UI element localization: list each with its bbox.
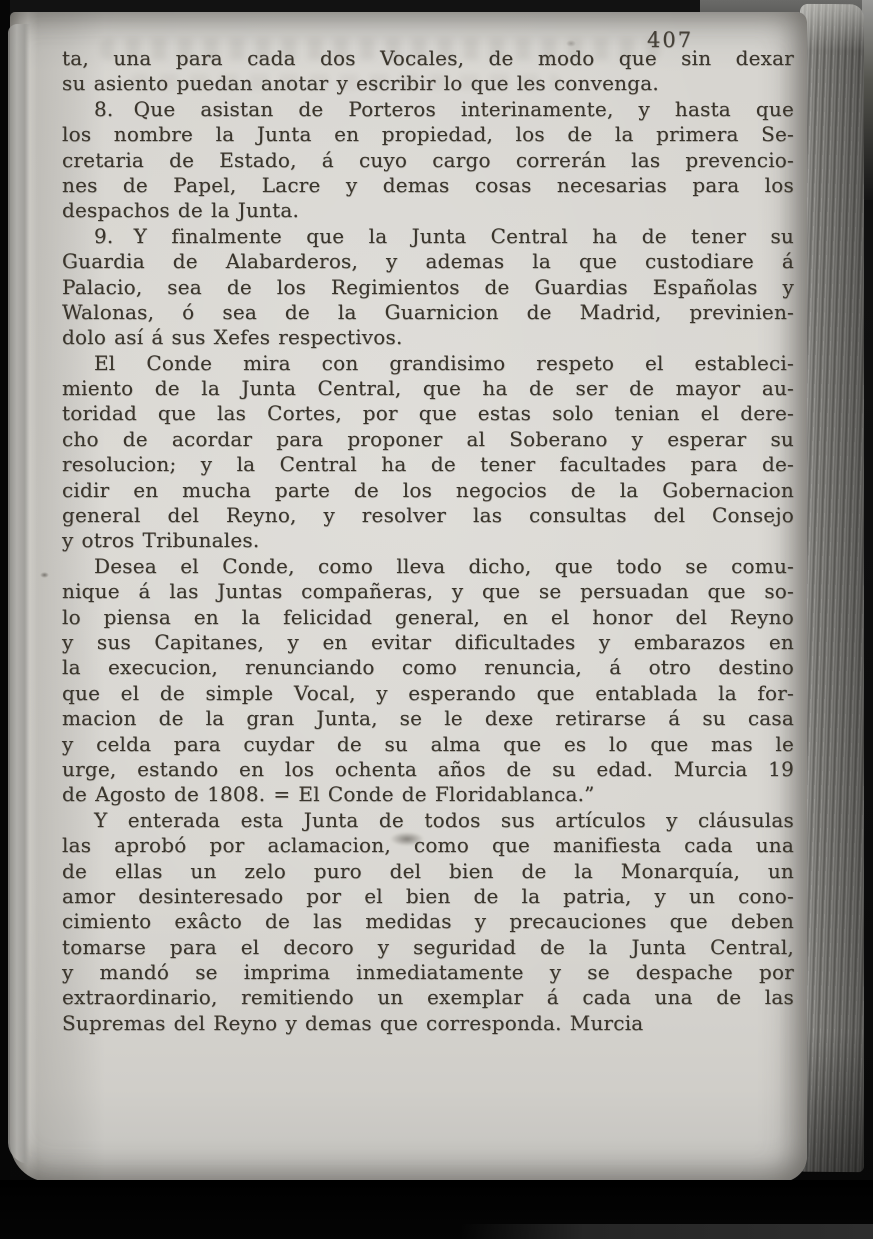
text-line: 9. Y finalmente que la Junta Central ha … bbox=[62, 224, 794, 249]
text-line: general del Reyno, y resolver las consul… bbox=[62, 503, 794, 528]
text-line: urge, estando en los ochenta años de su … bbox=[62, 757, 794, 782]
text-line: de Agosto de 1808. = El Conde de Florida… bbox=[62, 782, 794, 807]
text-line: cho de acordar para proponer al Soberano… bbox=[62, 427, 794, 452]
text-line: cretaria de Estado, á cuyo cargo correrá… bbox=[62, 148, 794, 173]
text-line: extraordinario, remitiendo un exemplar á… bbox=[62, 985, 794, 1010]
text-line: y otros Tribunales. bbox=[62, 528, 794, 553]
book-photo: 407 ta, una para cada dos Vocales, de mo… bbox=[0, 0, 873, 1239]
text-line: 8. Que asistan de Porteros interinamente… bbox=[62, 97, 794, 122]
ink-smudge bbox=[40, 572, 49, 578]
text-line: resolucion; y la Central ha de tener fac… bbox=[62, 452, 794, 477]
text-line: nique á las Juntas compañeras, y que se … bbox=[62, 579, 794, 604]
text-line: amor desinteresado por el bien de la pat… bbox=[62, 884, 794, 909]
text-line: tomarse para el decoro y seguridad de la… bbox=[62, 935, 794, 960]
text-line: lo piensa en la felicidad general, en el… bbox=[62, 605, 794, 630]
text-line: nes de Papel, Lacre y demas cosas necesa… bbox=[62, 173, 794, 198]
text-line: de ellas un zelo puro del bien de la Mon… bbox=[62, 859, 794, 884]
text-line: su asiento puedan anotar y escribir lo q… bbox=[62, 71, 794, 96]
table-surface bbox=[460, 1224, 873, 1239]
text-line: cidir en mucha parte de los negocios de … bbox=[62, 478, 794, 503]
text-line: El Conde mira con grandisimo respeto el … bbox=[62, 351, 794, 376]
text-line: Supremas del Reyno y demas que correspon… bbox=[62, 1011, 794, 1036]
text-line: Y enterada esta Junta de todos sus artíc… bbox=[62, 808, 794, 833]
left-page-edges bbox=[8, 24, 30, 1164]
text-line: y celda para cuydar de su alma que es lo… bbox=[62, 732, 794, 757]
text-line: macion de la gran Junta, se le dexe reti… bbox=[62, 706, 794, 731]
text-line: la execucion, renunciando como renuncia,… bbox=[62, 655, 794, 680]
text-line: Palacio, sea de los Regimientos de Guard… bbox=[62, 275, 794, 300]
text-line: las aprobó por aclamacion, como que mani… bbox=[62, 833, 794, 858]
text-block: ta, una para cada dos Vocales, de modo q… bbox=[62, 46, 794, 1036]
text-line: dolo así á sus Xefes respectivos. bbox=[62, 325, 794, 350]
text-line: Desea el Conde, como lleva dicho, que to… bbox=[62, 554, 794, 579]
book-page: 407 ta, una para cada dos Vocales, de mo… bbox=[10, 12, 807, 1182]
text-line: cimiento exâcto de las medidas y precauc… bbox=[62, 909, 794, 934]
text-line: y sus Capitanes, y en evitar dificultade… bbox=[62, 630, 794, 655]
text-line: los nombre la Junta en propiedad, los de… bbox=[62, 122, 794, 147]
text-line: despachos de la Junta. bbox=[62, 198, 794, 223]
text-line: Walonas, ó sea de la Guarnicion de Madri… bbox=[62, 300, 794, 325]
book-fore-edge-pages bbox=[800, 4, 864, 1172]
text-line: y mandó se imprima inmediatamente y se d… bbox=[62, 960, 794, 985]
text-line: Guardia de Alabarderos, y ademas la que … bbox=[62, 249, 794, 274]
text-line: miento de la Junta Central, que ha de se… bbox=[62, 376, 794, 401]
text-line: que el de simple Vocal, y esperando que … bbox=[62, 681, 794, 706]
text-line: ta, una para cada dos Vocales, de modo q… bbox=[62, 46, 794, 71]
text-line: toridad que las Cortes, por que estas so… bbox=[62, 401, 794, 426]
